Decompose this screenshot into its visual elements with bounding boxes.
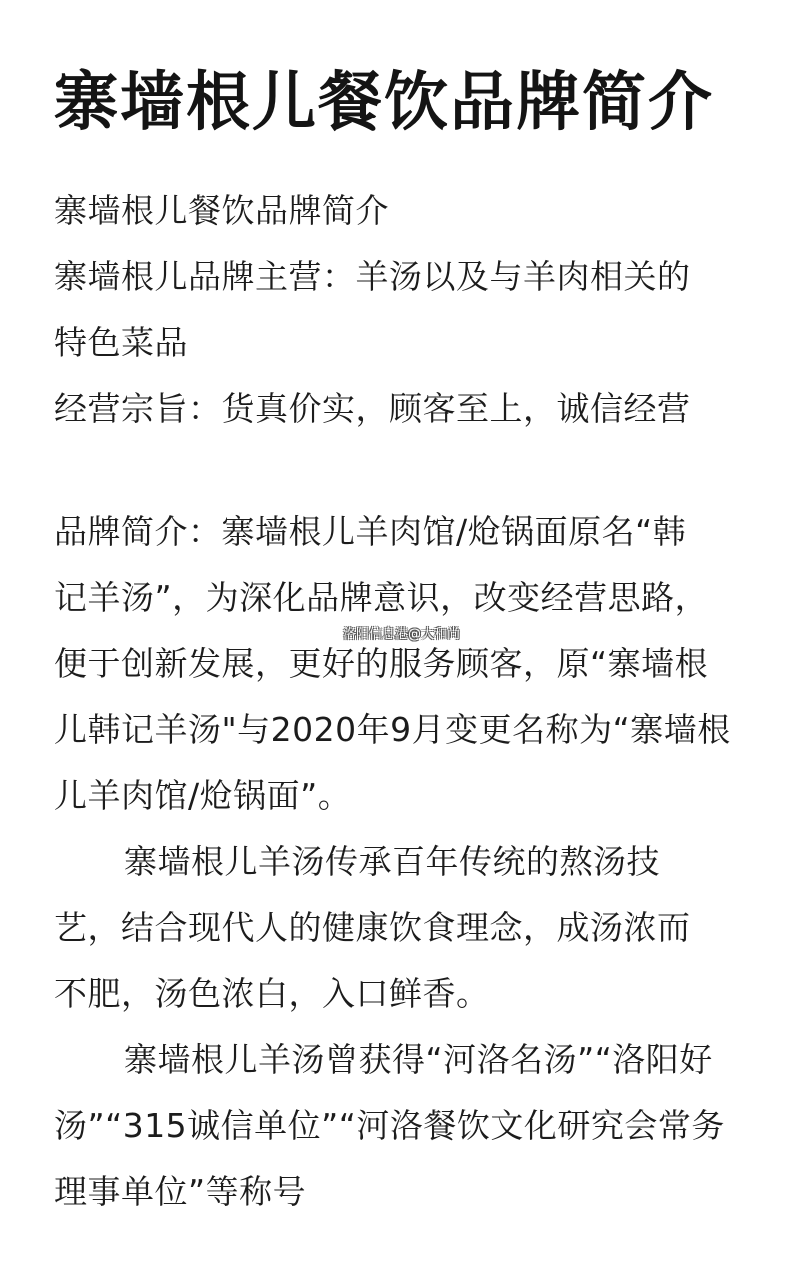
- brand-intro-line-4: 儿韩记羊汤"与2020年9月变更名称为“寨墙根: [54, 697, 754, 763]
- blank-line: [54, 442, 754, 499]
- brand-intro-line-2: 记羊汤”，为深化品牌意识，改变经营思路，: [54, 565, 754, 631]
- watermark: 洛阳信息港@大和尚: [343, 626, 460, 644]
- awards-section: 寨墙根儿羊汤曾获得“河洛名汤”“洛阳好 汤”“315诚信单位”“河洛餐饮文化研究…: [54, 1027, 754, 1225]
- main-business-line-2: 特色菜品: [54, 310, 754, 376]
- awards-line-2: 汤”“315诚信单位”“河洛餐饮文化研究会常务: [54, 1093, 754, 1159]
- main-business-line-1: 寨墙根儿品牌主营：羊汤以及与羊肉相关的: [54, 244, 754, 310]
- brand-intro-line-5: 儿羊肉馆/炝锅面”。: [54, 763, 754, 829]
- tradition-line-2: 艺，结合现代人的健康饮食理念，成汤浓而: [54, 895, 754, 961]
- awards-line-1: 寨墙根儿羊汤曾获得“河洛名汤”“洛阳好: [54, 1027, 754, 1093]
- awards-line-3: 理事单位”等称号: [54, 1159, 754, 1225]
- intro-heading: 寨墙根儿餐饮品牌简介: [54, 178, 754, 244]
- intro-section: 寨墙根儿餐饮品牌简介 寨墙根儿品牌主营：羊汤以及与羊肉相关的 特色菜品 经营宗旨…: [54, 178, 754, 442]
- tradition-section: 寨墙根儿羊汤传承百年传统的熬汤技 艺，结合现代人的健康饮食理念，成汤浓而 不肥，…: [54, 829, 754, 1027]
- brand-intro-line-1: 品牌简介：寨墙根儿羊肉馆/炝锅面原名“韩: [54, 499, 754, 565]
- tradition-line-3: 不肥，汤色浓白，入口鲜香。: [54, 961, 754, 1027]
- business-tenet: 经营宗旨：货真价实，顾客至上，诚信经营: [54, 376, 754, 442]
- brand-intro-section: 品牌简介：寨墙根儿羊肉馆/炝锅面原名“韩 记羊汤”，为深化品牌意识，改变经营思路…: [54, 499, 754, 829]
- article-body: 寨墙根儿餐饮品牌简介 寨墙根儿品牌主营：羊汤以及与羊肉相关的 特色菜品 经营宗旨…: [54, 178, 754, 1225]
- page-title: 寨墙根儿餐饮品牌简介: [54, 61, 714, 145]
- tradition-line-1: 寨墙根儿羊汤传承百年传统的熬汤技: [54, 829, 754, 895]
